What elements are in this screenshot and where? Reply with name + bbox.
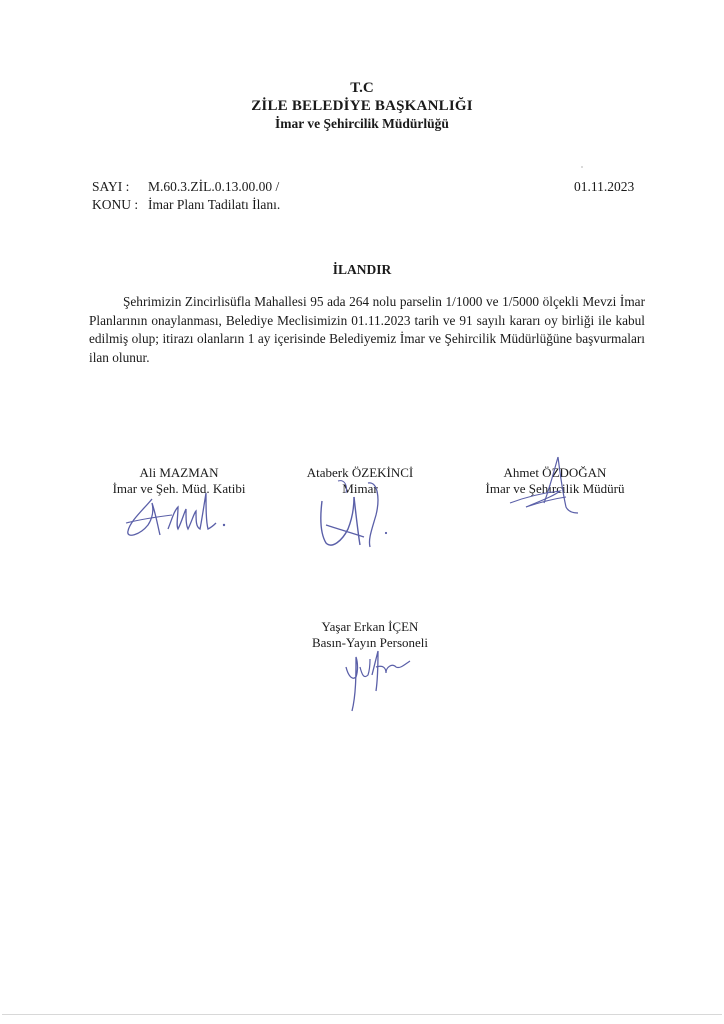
signature-4-icon [338,645,418,717]
sayi-row: SAYI : M.60.3.ZİL.0.13.00.00 / [92,178,280,196]
reference-block: SAYI : M.60.3.ZİL.0.13.00.00 / KONU : İm… [92,178,280,214]
sayi-value: M.60.3.ZİL.0.13.00.00 / [148,178,279,196]
header-municipality: ZİLE BELEDİYE BAŞKANLIĞI [0,97,724,115]
konu-label: KONU : [92,196,148,214]
signatory-name: Yaşar Erkan İÇEN [290,619,450,635]
signatory-3: Ahmet ÖZDOĞAN İmar ve Şehircilik Müdürü [460,465,650,497]
sayi-label: SAYI : [92,178,148,196]
body-paragraph: Şehrimizin Zincirlisüfla Mahallesi 95 ad… [89,293,645,367]
signatory-4: Yaşar Erkan İÇEN Basın-Yayın Personeli [290,619,450,651]
letterhead: T.C ZİLE BELEDİYE BAŞKANLIĞI İmar ve Şeh… [0,80,724,132]
signatory-2: Ataberk ÖZEKİNCİ Mimar [280,465,440,497]
scan-edge-line [2,1014,722,1015]
signatory-name: Ali MAZMAN [84,465,274,481]
document-date: 01.11.2023 [574,178,634,196]
announcement-body: Şehrimizin Zincirlisüfla Mahallesi 95 ad… [89,293,645,367]
konu-value: İmar Planı Tadilatı İlanı. [148,196,280,214]
signature-2-icon [308,471,408,553]
signature-3-icon [496,453,606,523]
scan-speck [581,166,583,168]
konu-row: KONU : İmar Planı Tadilatı İlanı. [92,196,280,214]
signature-1-icon [122,485,242,543]
document-title: İLANDIR [0,262,724,278]
signatory-1: Ali MAZMAN İmar ve Şeh. Müd. Katibi [84,465,274,497]
header-department: İmar ve Şehircilik Müdürlüğü [0,115,724,132]
document-page: T.C ZİLE BELEDİYE BAŞKANLIĞI İmar ve Şeh… [0,0,724,1024]
header-tc: T.C [0,80,724,97]
